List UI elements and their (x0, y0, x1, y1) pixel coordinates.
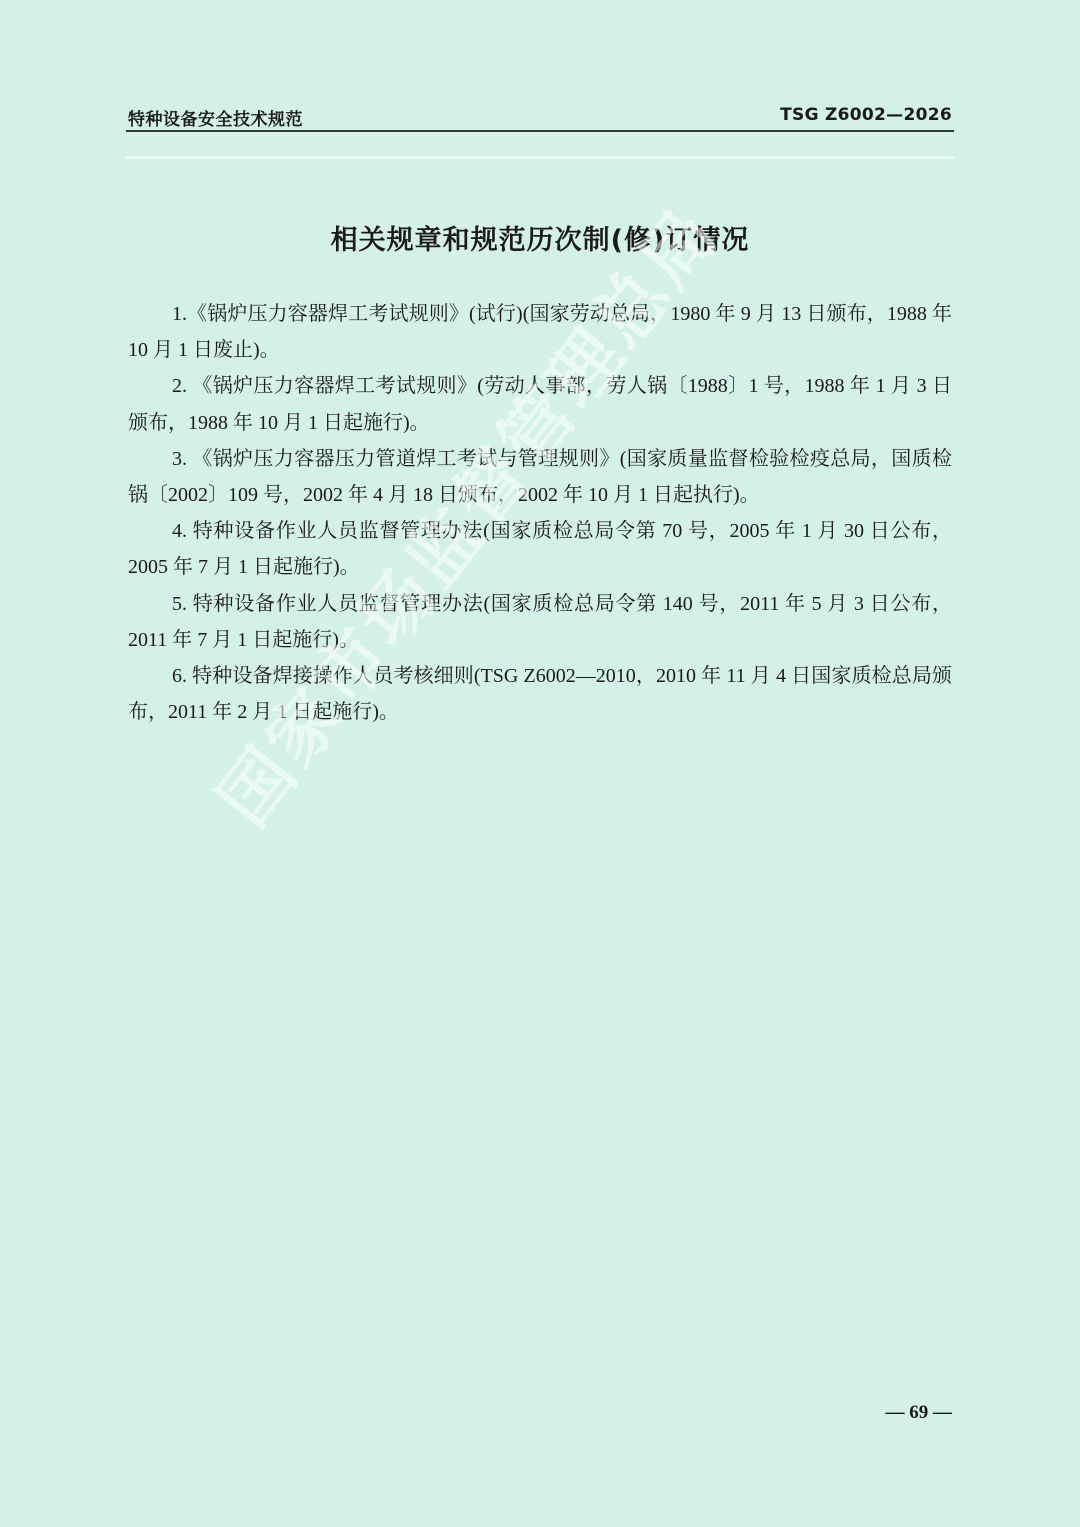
list-item: 2. 《锅炉压力容器焊工考试规则》(劳动人事部，劳人锅〔1988〕1 号，198… (128, 368, 952, 440)
page-number: — 69 — (886, 1402, 953, 1424)
header-category: 特种设备安全技术规范 (128, 105, 303, 130)
list-item: 4. 特种设备作业人员监督管理办法(国家质检总局令第 70 号，2005 年 1… (128, 513, 952, 585)
page-title: 相关规章和规范历次制(修)订情况 (0, 218, 1080, 257)
list-item: 6. 特种设备焊接操作人员考核细则(TSG Z6002—2010，2010 年 … (128, 658, 952, 730)
list-item: 3. 《锅炉压力容器压力管道焊工考试与管理规则》(国家质量监督检验检疫总局，国质… (128, 441, 952, 513)
header-standard-code: TSG Z6002—2026 (780, 105, 952, 125)
running-header: 特种设备安全技术规范 TSG Z6002—2026 (126, 100, 954, 132)
list-item: 1.《锅炉压力容器焊工考试规则》(试行)(国家劳动总局，1980 年 9 月 1… (128, 296, 952, 368)
list-item: 5. 特种设备作业人员监督管理办法(国家质检总局令第 140 号，2011 年 … (128, 586, 952, 658)
header-divider (126, 156, 954, 159)
revision-history-list: 1.《锅炉压力容器焊工考试规则》(试行)(国家劳动总局，1980 年 9 月 1… (128, 296, 952, 730)
